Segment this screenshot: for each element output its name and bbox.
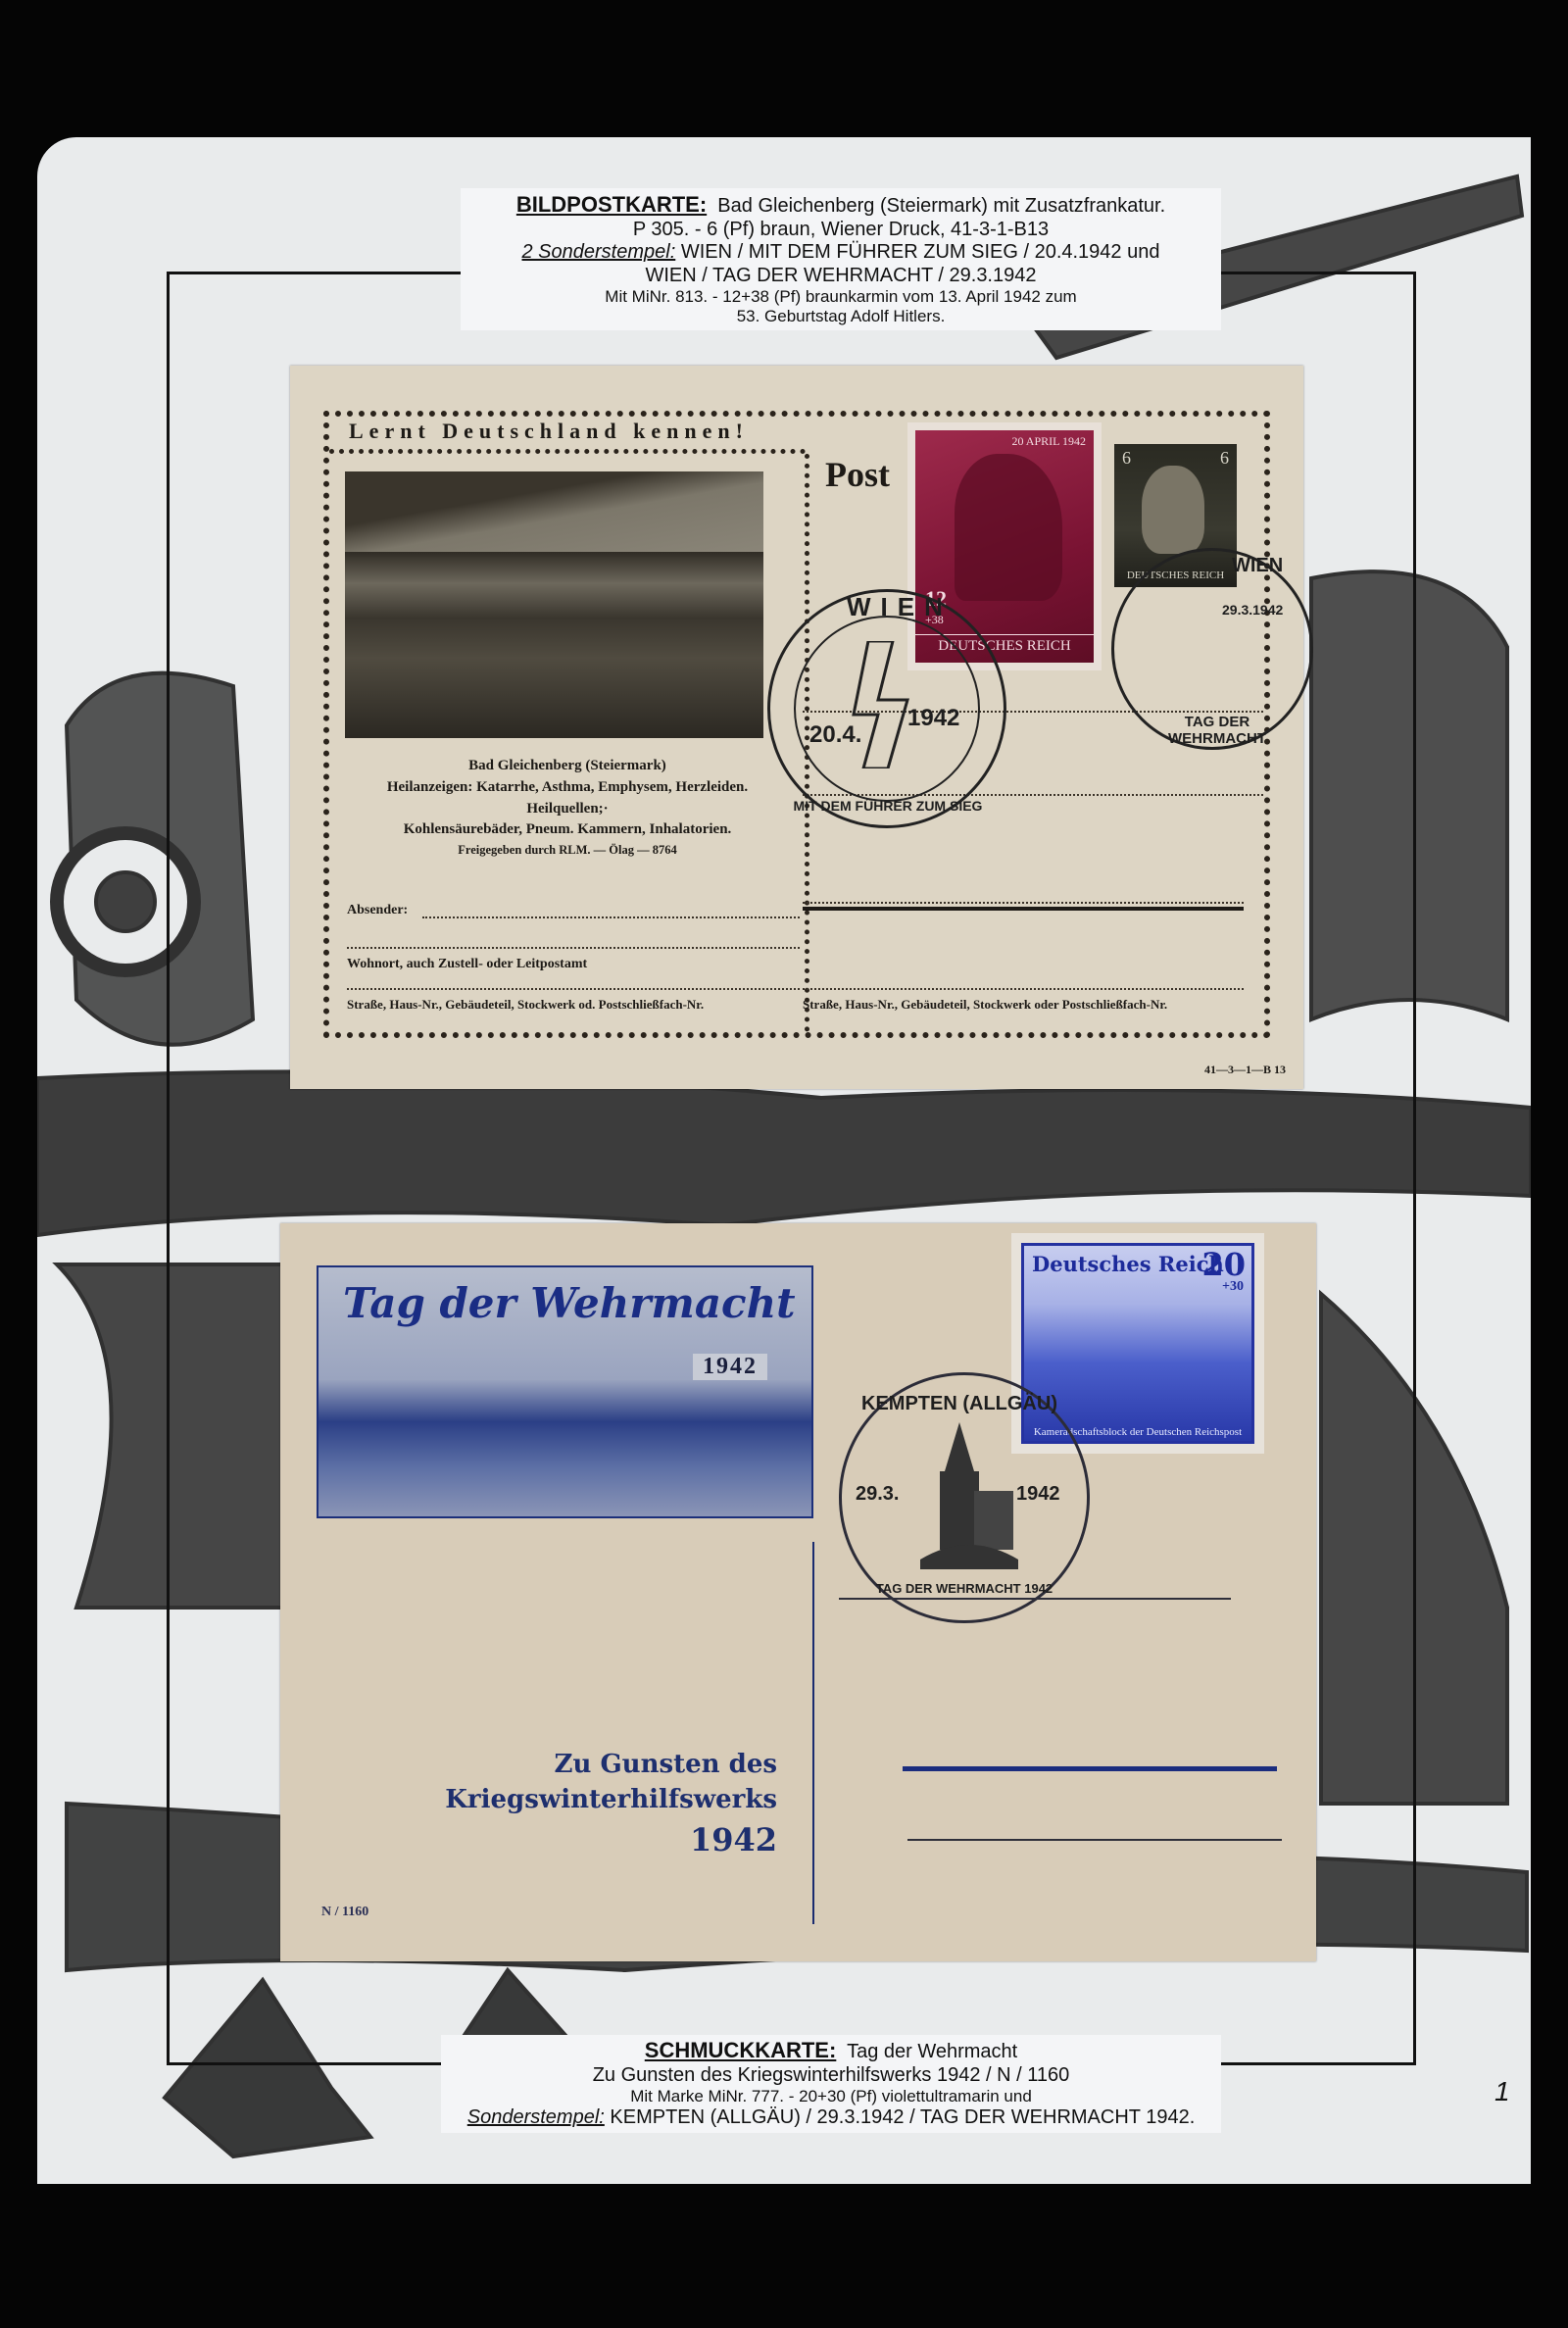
title-divider xyxy=(329,449,806,454)
portrait-icon xyxy=(1142,466,1204,554)
caption-line: Bad Gleichenberg (Steiermark) mit Zusatz… xyxy=(717,195,1165,217)
caption-line: Zu Gunsten des Kriegswinterhilfswerks 19… xyxy=(449,2064,1213,2088)
caption-line: Tag der Wehrmacht xyxy=(847,2041,1017,2062)
caption-line: Mit Marke MiNr. 777. - 20+30 (Pf) violet… xyxy=(449,2087,1213,2106)
vertical-divider xyxy=(812,1542,814,1924)
landscape-photo xyxy=(345,471,763,738)
recipient-line xyxy=(803,988,1244,990)
caption-line: WIEN / MIT DEM FÜHRER ZUM SIEG / 20.4.19… xyxy=(681,241,1160,263)
card-title: Lernt Deutschland kennen! xyxy=(349,419,749,444)
spa-info: Bad Gleichenberg (Steiermark) Heilanzeig… xyxy=(329,756,806,859)
info-line: Heilquellen;· xyxy=(329,799,806,820)
tower-icon xyxy=(920,1422,1018,1569)
postmark-wien-sieg: WIEN 20.4. 1942 MIT DEM FÜHRER ZUM SIEG xyxy=(767,589,1006,828)
page-number: 1 xyxy=(1494,2076,1510,2107)
caption-line: Mit MiNr. 813. - 12+38 (Pf) braunkarmin … xyxy=(468,287,1213,307)
caption-line: WIEN / TAG DER WEHRMACHT / 29.3.1942 xyxy=(468,265,1213,288)
portrait-icon xyxy=(955,454,1062,601)
recipient-line xyxy=(803,902,1244,904)
caption-label: 2 Sonderstempel: xyxy=(522,241,676,263)
charity-text: Zu Gunsten des Kriegswinterhilfswerks 19… xyxy=(427,1748,777,1861)
charity-line: Kriegswinterhilfswerks xyxy=(427,1783,777,1818)
caption-label: Sonderstempel: xyxy=(467,2106,605,2128)
caption-bottom: SCHMUCKKARTE: Tag der Wehrmacht Zu Gunst… xyxy=(441,2035,1221,2133)
vignette-title: Tag der Wehrmacht xyxy=(343,1279,796,1327)
stamp-surcharge: +30 xyxy=(1222,1279,1244,1295)
caption-line: P 305. - 6 (Pf) braun, Wiener Druck, 41-… xyxy=(468,219,1213,242)
postmark-city: WIEN xyxy=(1232,555,1283,577)
info-line: Kohlensäurebäder, Pneum. Kammern, Inhala… xyxy=(329,819,806,841)
charity-line: Zu Gunsten des xyxy=(427,1748,777,1783)
stamp-value: 20 xyxy=(1201,1246,1246,1283)
caption-heading: BILDPOSTKARTE: xyxy=(516,192,707,217)
caption-line: KEMPTEN (ALLGÄU) / 29.3.1942 / TAG DER W… xyxy=(610,2106,1195,2128)
card-code: N / 1160 xyxy=(321,1905,368,1920)
postmark-slogan: TAG DER WEHRMACHT xyxy=(1134,714,1300,747)
postmark-year: 1942 xyxy=(907,705,959,732)
city-line xyxy=(803,907,1244,911)
postmark-city: WIEN xyxy=(847,592,953,622)
address-line xyxy=(347,947,800,949)
address-line xyxy=(839,1598,1231,1600)
postmark-wien-wehrmacht: WIEN 29.3.1942 TAG DER WEHRMACHT xyxy=(1111,548,1313,750)
vignette-tag-der-wehrmacht: Tag der Wehrmacht 1942 xyxy=(317,1265,813,1518)
city-line xyxy=(903,1766,1277,1771)
postmark-kempten: KEMPTEN (ALLGÄU) 29.3. 1942 TAG DER WEHR… xyxy=(839,1372,1090,1623)
postmark-date: 29.3. xyxy=(856,1483,899,1506)
sender-label: Absender: xyxy=(347,903,408,918)
residence-label: Wohnort, auch Zustell- oder Leitpostamt xyxy=(347,957,587,972)
postmark-city: KEMPTEN (ALLGÄU) xyxy=(861,1393,1057,1415)
stamp-country: Deutsches Reich xyxy=(1032,1252,1224,1276)
sender-line xyxy=(422,916,800,918)
postkarte-label: Post xyxy=(825,454,890,495)
info-line: Heilanzeigen: Katarrhe, Asthma, Emphysem… xyxy=(329,777,806,799)
info-line: Bad Gleichenberg (Steiermark) xyxy=(329,756,806,777)
charity-year: 1942 xyxy=(427,1818,777,1861)
card-code: 41—3—1—B 13 xyxy=(1204,1063,1286,1077)
postmark-year: 1942 xyxy=(1016,1483,1060,1506)
address-line xyxy=(907,1839,1282,1841)
postmark-slogan: MIT DEM FÜHRER ZUM SIEG xyxy=(785,798,991,814)
street-label-left: Straße, Haus-Nr., Gebäudeteil, Stockwerk… xyxy=(347,997,704,1013)
postmark-date: 29.3.1942 xyxy=(1222,602,1283,618)
stamp-value: 6 xyxy=(1122,448,1131,469)
stamp-date: 20 APRIL 1942 xyxy=(1011,434,1086,449)
postcard-tag-der-wehrmacht: Tag der Wehrmacht 1942 Zu Gunsten des Kr… xyxy=(280,1223,1316,1961)
caption-line: 53. Geburtstag Adolf Hitlers. xyxy=(468,307,1213,326)
caption-top: BILDPOSTKARTE: Bad Gleichenberg (Steierm… xyxy=(461,188,1221,330)
vignette-year: 1942 xyxy=(693,1354,767,1380)
street-label-right: Straße, Haus-Nr., Gebäudeteil, Stockwerk… xyxy=(803,997,1167,1013)
release-note: Freigegeben durch RLM. — Ölag — 8764 xyxy=(329,841,806,859)
stamp-value: 6 xyxy=(1220,448,1229,469)
caption-heading: SCHMUCKKARTE: xyxy=(645,2038,837,2062)
postcard-bad-gleichenberg: Lernt Deutschland kennen! Bad Gleichenbe… xyxy=(290,366,1303,1089)
address-line xyxy=(347,988,800,990)
postmark-date: 20.4. xyxy=(809,721,861,749)
postmark-slogan: TAG DER WEHRMACHT 1942 xyxy=(861,1581,1067,1596)
